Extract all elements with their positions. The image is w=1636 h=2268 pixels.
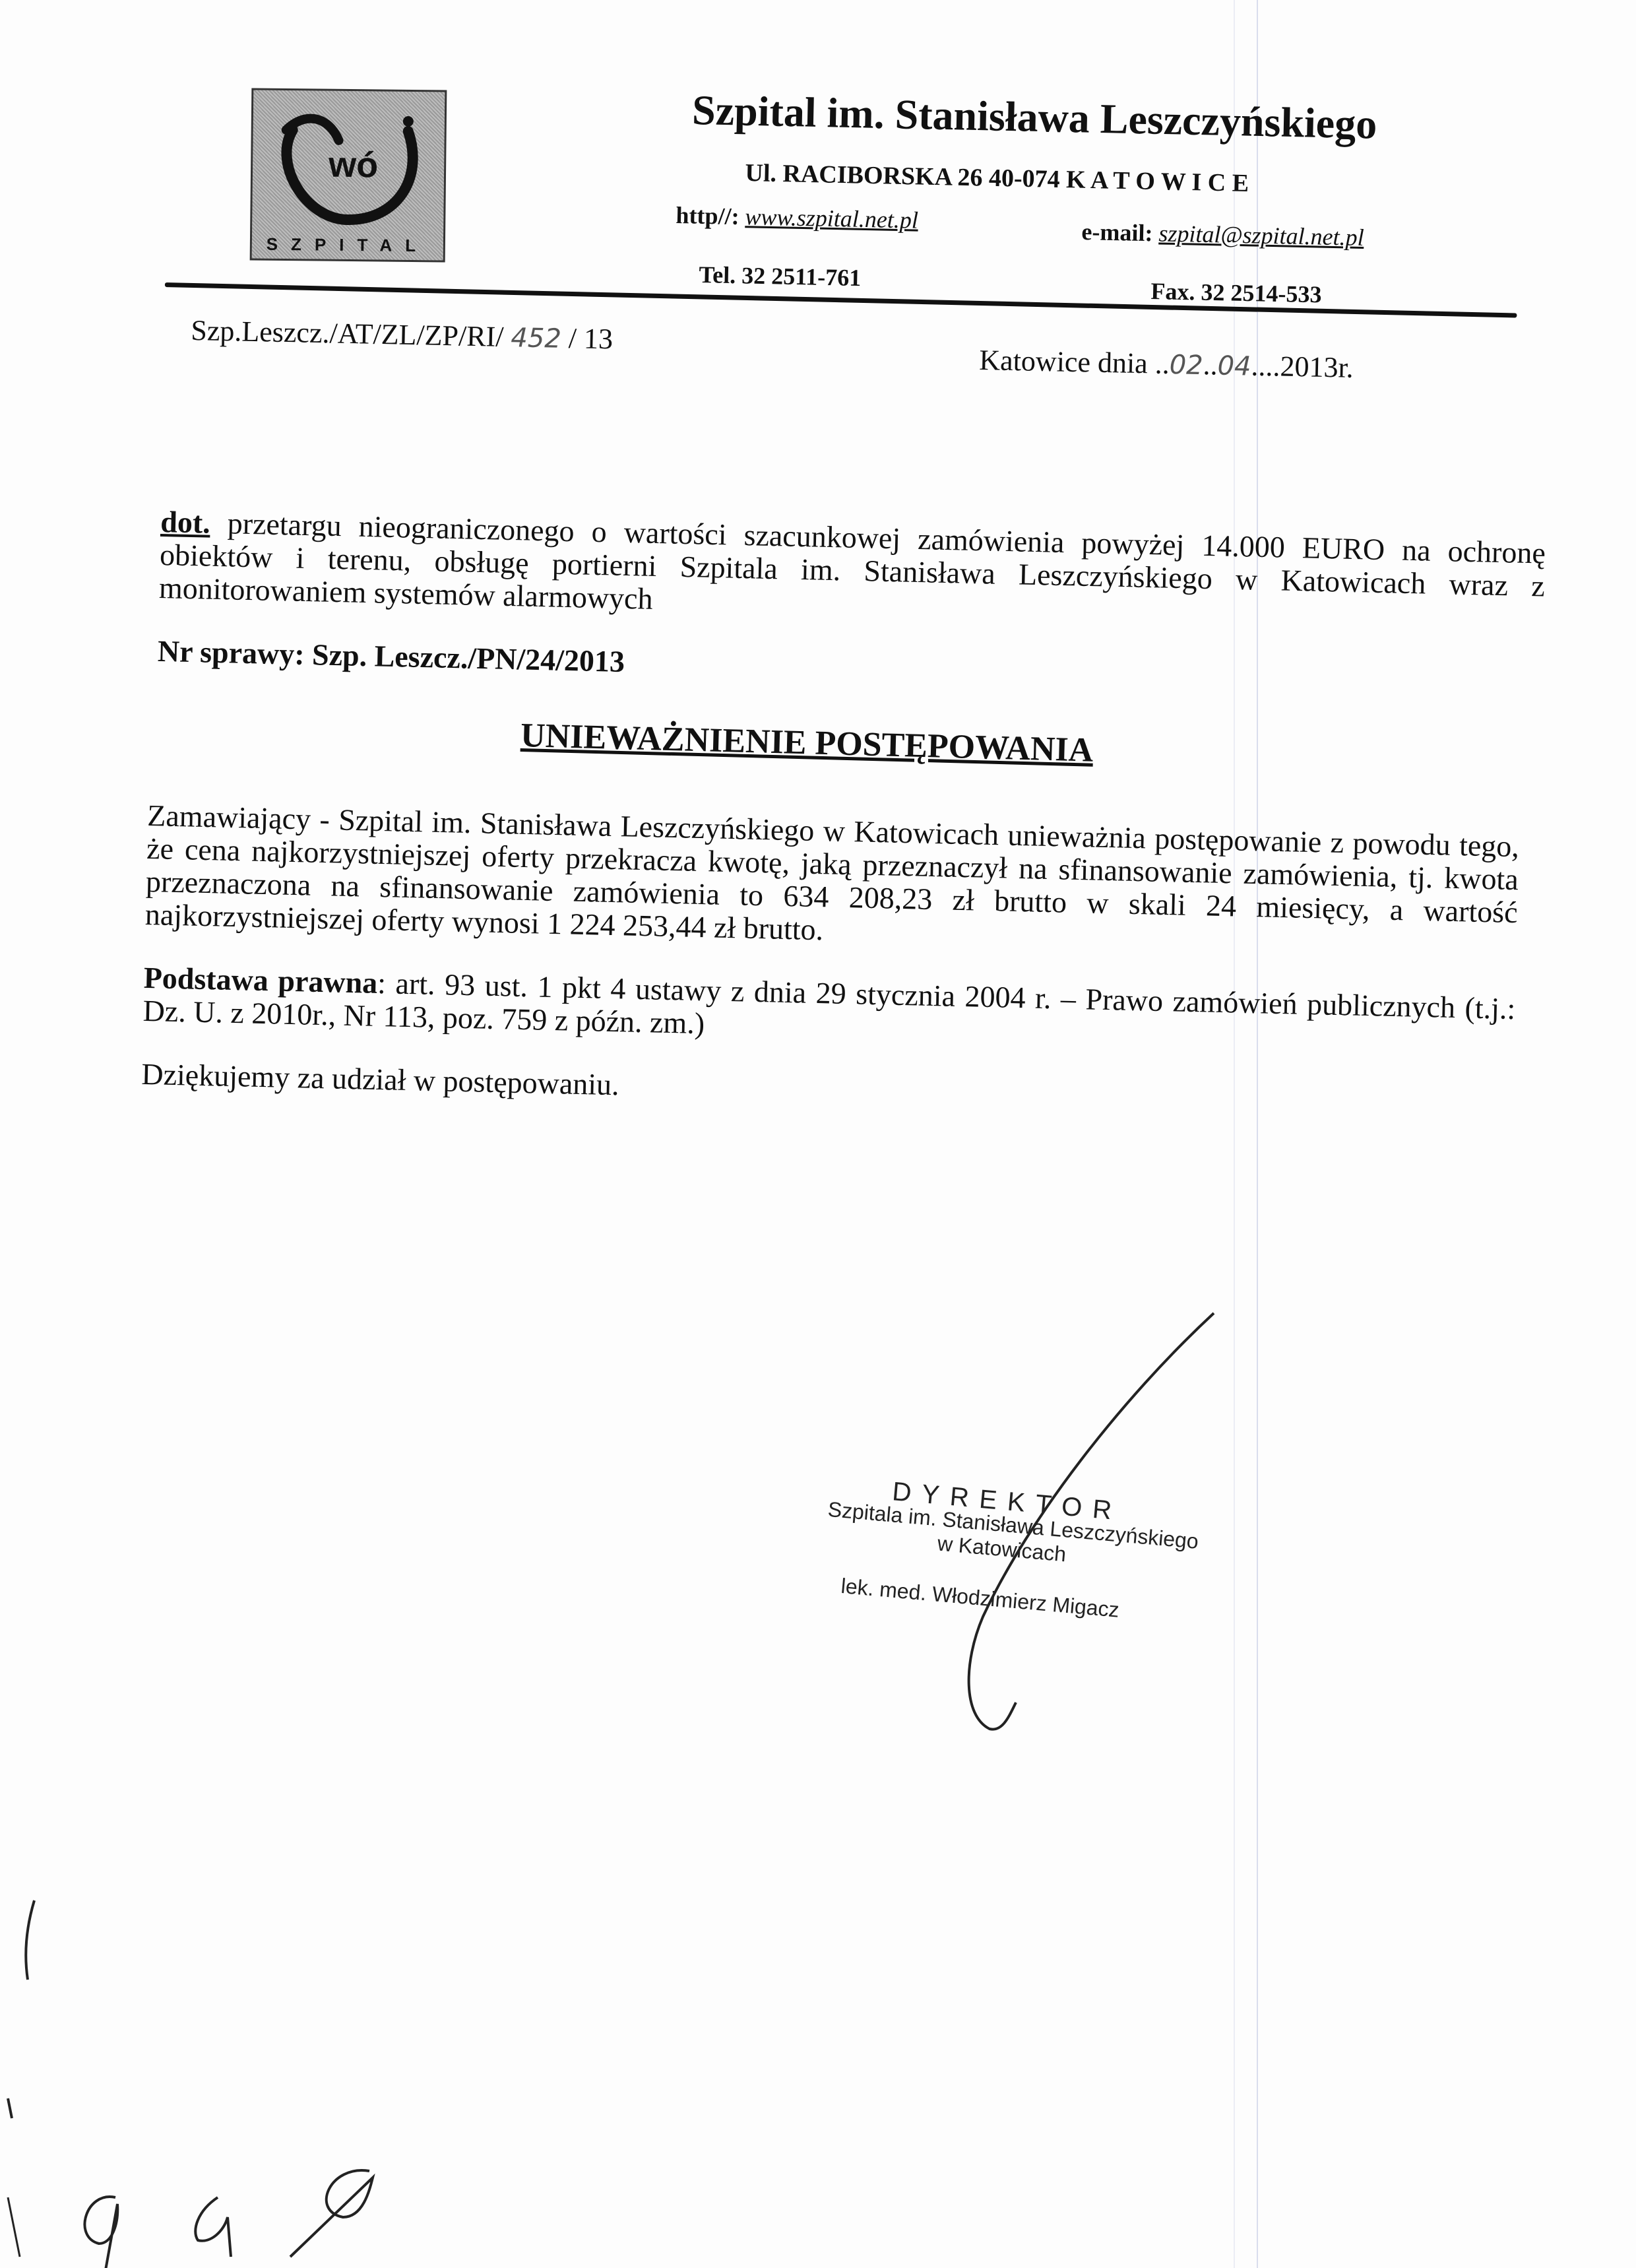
logo-caption: SZPITAL (252, 234, 443, 256)
subject-text: dot. przetargu nieograniczonego o wartoś… (159, 505, 1546, 636)
telephone: Tel. 32 2511-761 (699, 261, 862, 292)
institution-name: Szpital im. Stanisława Leszczyńskiego (691, 86, 1377, 149)
date-label: Katowice dnia .. (979, 344, 1170, 380)
main-body: Zamawiający - Szpital im. Stanisława Les… (141, 769, 1521, 1152)
margin-mark-stroke (8, 2098, 12, 2118)
scanned-letter-page: wó SZPITAL Szpital im. Stanisława Leszcz… (0, 0, 1636, 2268)
case-number: Nr sprawy: Szp. Leszcz./PN/24/2013 (157, 635, 1543, 699)
svg-text:wó: wó (328, 145, 379, 185)
date-line: Katowice dnia ..02..04....2013r. (979, 343, 1354, 385)
date-dots: .. (1203, 348, 1218, 381)
body-paragraph: Zamawiający - Szpital im. Stanisława Les… (144, 799, 1519, 962)
reference-prefix: Szp.Leszcz./AT/ZL/ZP/RI/ (191, 314, 504, 353)
director-stamp: DYREKTOR Szpitala im. Stanisława Leszczy… (820, 1472, 1291, 1636)
email-link[interactable]: szpital@szpital.net.pl (1158, 220, 1364, 251)
handwritten-reference: 452 (511, 323, 561, 354)
date-year: 2013r. (1280, 350, 1354, 384)
email-label: e-mail: (1081, 218, 1153, 246)
reference-number: Szp.Leszcz./AT/ZL/ZP/RI/ 452 / 13 (191, 313, 613, 356)
handwritten-day: 02 (1169, 350, 1203, 381)
margin-digit-9 (84, 2197, 117, 2268)
margin-mark-stroke (8, 2197, 20, 2257)
date-dots: .... (1251, 350, 1280, 383)
reference-suffix: / 13 (568, 322, 613, 355)
website-label: http//: (676, 202, 739, 230)
stamp-name: lek. med. Włodzimierz Migacz (840, 1574, 1282, 1636)
fax: Fax. 32 2514-533 (1150, 277, 1322, 308)
hospital-logo: wó SZPITAL (250, 88, 447, 262)
subject-body: przetargu nieograniczonego o wartości sz… (159, 506, 1546, 616)
logo-smile-icon: wó (265, 104, 431, 231)
margin-digit-9 (290, 2170, 373, 2257)
thanks-line: Dziękujemy za udział w postępowaniu. (141, 1058, 1514, 1122)
website-link[interactable]: www.szpital.net.pl (745, 203, 918, 233)
institution-address: Ul. RACIBORSKA 26 40-074 K A T O W I C E (745, 158, 1249, 198)
subject-prefix: dot. (160, 505, 211, 540)
website-line: http//: www.szpital.net.pl (676, 201, 918, 234)
document-heading: UNIEWAŻNIENIE POSTĘPOWANIA (520, 716, 1094, 770)
margin-mark-stroke (26, 1900, 34, 1980)
subject-block: dot. przetargu nieograniczonego o wartoś… (156, 475, 1546, 730)
email-line: e-mail: szpital@szpital.net.pl (1081, 218, 1364, 251)
legal-basis-label: Podstawa prawna (143, 961, 378, 1000)
margin-digit-4 (195, 2197, 231, 2257)
legal-basis: Podstawa prawna: art. 93 ust. 1 pkt 4 us… (142, 961, 1516, 1058)
handwritten-month: 04 (1217, 351, 1251, 382)
